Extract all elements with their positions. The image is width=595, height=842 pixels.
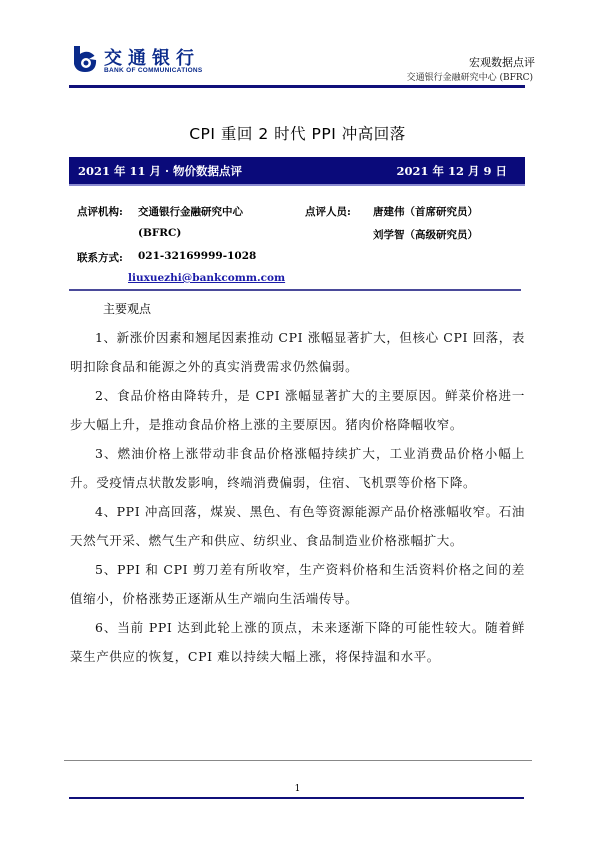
footer-bottom-rule [69, 797, 524, 799]
reviewer-1: 唐建伟（首席研究员） [373, 204, 478, 219]
header-divider [69, 85, 525, 88]
reviewer-label: 点评人员: [305, 204, 351, 219]
org-value: 交通银行金融研究中心 [138, 204, 243, 219]
report-date: 2021 年 12 月 9 日 [396, 163, 507, 179]
reviewer-2: 刘学智（高级研究员） [373, 227, 478, 242]
key-point-4: 4、PPI 冲高回落，煤炭、黑色、有色等资源能源产品价格涨幅收窄。石油天然气开采… [70, 497, 525, 555]
org-label: 点评机构: [77, 204, 123, 219]
contact-phone: 021-32169999-1028 [138, 250, 256, 262]
contact-label: 联系方式: [77, 250, 123, 265]
institution-name: 交通银行金融研究中心 (BFRC) [407, 70, 533, 83]
report-period: 2021 年 11 月 · 物价数据点评 [78, 163, 242, 179]
key-point-5: 5、PPI 和 CPI 剪刀差有所收窄，生产资料价格和生活资料价格之间的差值缩小… [70, 555, 525, 613]
footer-divider [64, 760, 532, 761]
key-point-1: 1、新涨价因素和翘尾因素推动 CPI 涨幅显著扩大，但核心 CPI 回落，表明扣… [70, 323, 525, 381]
report-info-band: 2021 年 11 月 · 物价数据点评 2021 年 12 月 9 日 [69, 157, 525, 186]
bank-logo-icon [70, 44, 98, 74]
meta-divider [69, 289, 521, 291]
bank-logo: 交通银行 BANK OF COMMUNICATIONS [70, 44, 260, 78]
page-number: 1 [0, 784, 595, 794]
key-point-3: 3、燃油价格上涨带动非食品价格涨幅持续扩大，工业消费品价格小幅上升。受疫情点状散… [70, 439, 525, 497]
section-title: 主要观点 [103, 300, 151, 317]
key-point-2: 2、食品价格由降转升，是 CPI 涨幅显著扩大的主要原因。鲜菜价格进一步大幅上升… [70, 381, 525, 439]
contact-email-link[interactable]: liuxuezhi@bankcomm.com [128, 272, 285, 284]
org-value-abbr: (BFRC) [138, 227, 181, 239]
logo-english-name: BANK OF COMMUNICATIONS [104, 67, 203, 74]
report-type: 宏观数据点评 [469, 54, 535, 70]
document-title: CPI 重回 2 时代 PPI 冲高回落 [0, 122, 595, 144]
key-point-6: 6、当前 PPI 达到此轮上涨的顶点，未来逐渐下降的可能性较大。随着鲜菜生产供应… [70, 613, 525, 671]
